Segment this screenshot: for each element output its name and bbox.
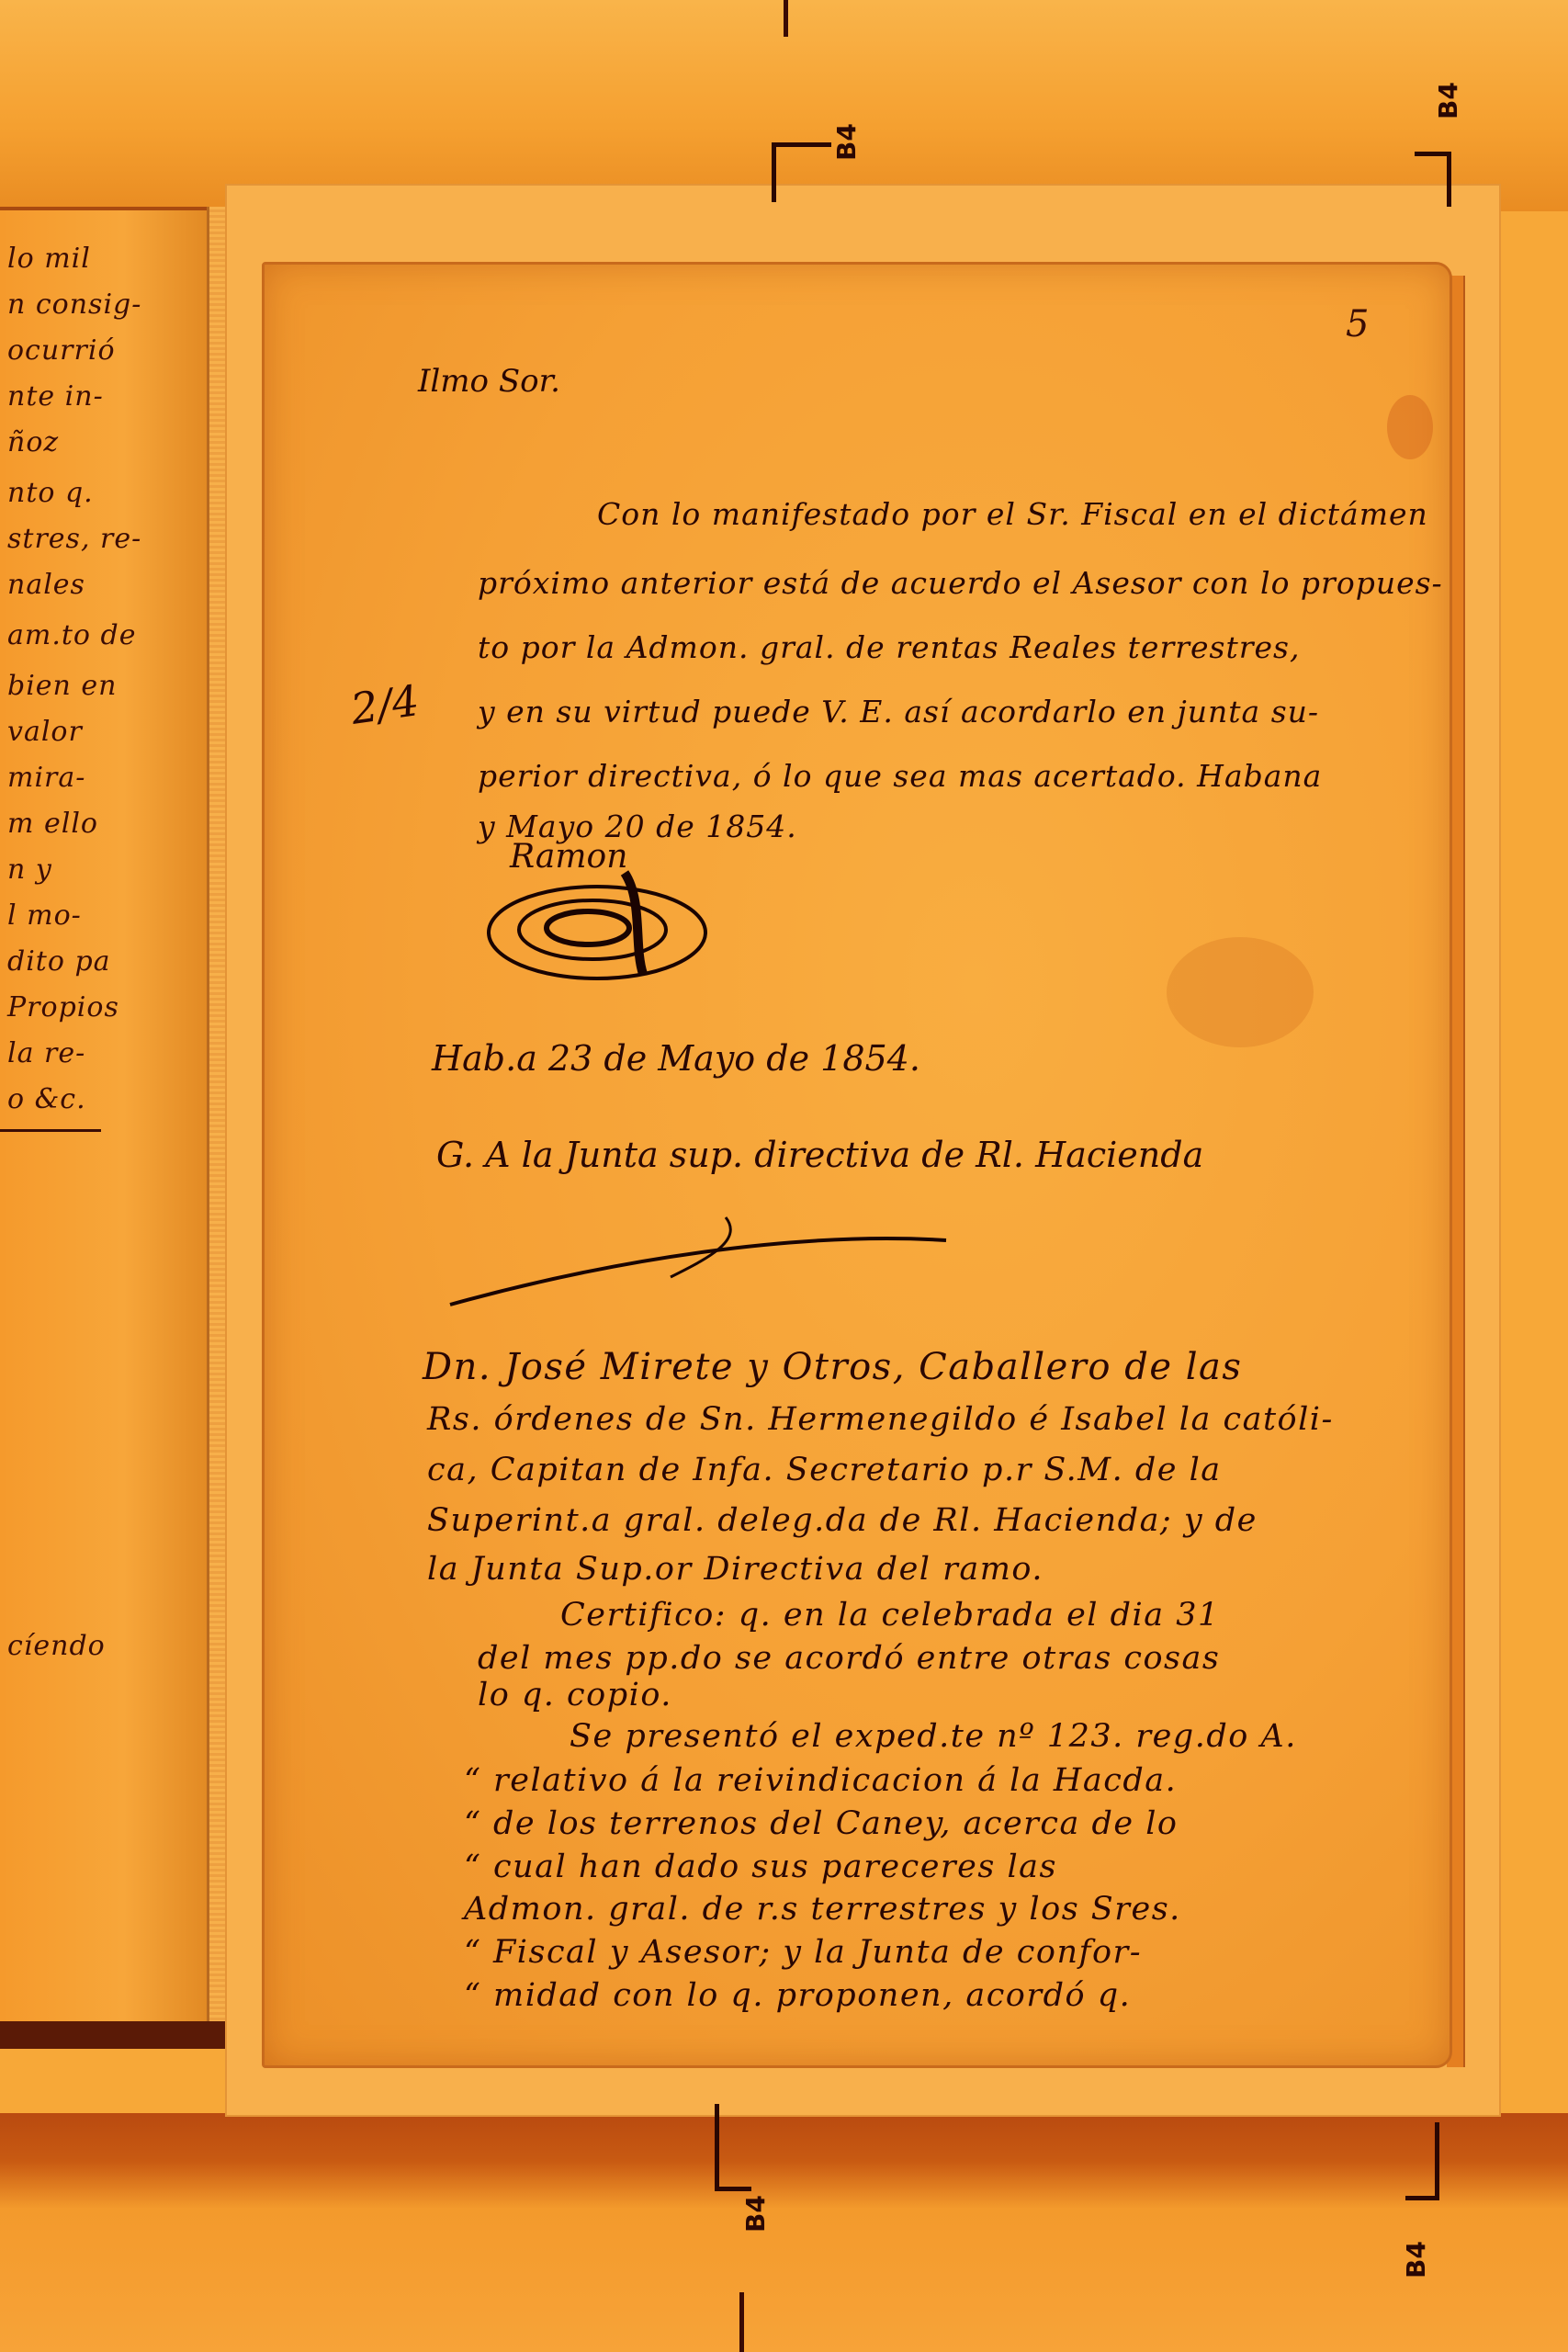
left-fragment: stres, re- [7, 523, 141, 555]
left-fragment: la re- [7, 1037, 85, 1069]
cert-line: Certifico: q. en la celebrada el dia 31 [560, 1597, 1220, 1634]
opinion-line: to por la Admon. gral. de rentas Reales … [478, 629, 1300, 665]
cert-line: “ midad con lo q. proponen, acordó q. [464, 1977, 1131, 2014]
opinion-line: Con lo manifestado por el Sr. Fiscal en … [597, 496, 1428, 532]
b4-label: B4 [831, 123, 862, 161]
registration-tick [739, 2292, 744, 2352]
cert-line: Rs. órdenes de Sn. Hermenegildo é Isabel… [427, 1401, 1334, 1438]
opinion-line: próximo anterior está de acuerdo el Ases… [478, 565, 1443, 601]
decree-flourish [432, 1204, 983, 1314]
signature-rubric [459, 864, 790, 1029]
left-fragment: n consig- [7, 288, 141, 321]
opinion-line: perior directiva, ó lo que sea mas acert… [478, 758, 1322, 794]
left-fragment: Propios [7, 991, 119, 1023]
left-fragment: m ello [7, 808, 98, 840]
cert-line: Admon. gral. de r.s terrestres y los Sre… [464, 1891, 1181, 1928]
backdrop-shadow-band [0, 2113, 1568, 2352]
decree-text: G. A la Junta sup. directiva de Rl. Haci… [436, 1135, 1203, 1175]
stain [1167, 937, 1314, 1047]
b4-label: B4 [740, 2195, 771, 2233]
margin-note: 2/4 [348, 675, 423, 734]
registration-tick [784, 0, 788, 37]
salutation: Ilmo Sor. [418, 363, 560, 400]
left-facing-page: lo mil n consig- ocurrió nte in- ñoz nto… [0, 207, 207, 2039]
left-fragment: n y [7, 854, 52, 886]
left-fragment: bien en [7, 670, 118, 702]
cert-line: “ relativo á la reivindicacion á la Hacd… [464, 1762, 1177, 1799]
left-fragment: l mo- [7, 899, 82, 932]
b4-label: B4 [1433, 82, 1463, 119]
left-rule [0, 1129, 101, 1132]
left-fragment: o &c. [7, 1083, 86, 1115]
crop-bracket-icon [772, 142, 831, 202]
left-fragment: ñoz [7, 426, 59, 458]
cert-line: Superint.a gral. deleg.da de Rl. Haciend… [427, 1502, 1258, 1539]
cert-line: “ Fiscal y Asesor; y la Junta de confor- [464, 1934, 1142, 1971]
left-fragment: mira- [7, 762, 85, 794]
b4-label: B4 [1401, 2241, 1431, 2278]
cert-line: “ cual han dado sus pareceres las [464, 1849, 1057, 1885]
cert-line: Se presentó el exped.te nº 123. reg.do A… [570, 1718, 1297, 1755]
stain [1387, 395, 1433, 459]
cert-line: lo q. copio. [478, 1677, 672, 1713]
left-fragment: cíendo [7, 1630, 106, 1662]
cert-line: del mes pp.do se acordó entre otras cosa… [478, 1640, 1220, 1677]
left-fragment: dito pa [7, 945, 111, 978]
crop-bracket-icon [1405, 2122, 1439, 2200]
crop-bracket-icon [1415, 152, 1451, 207]
opinion-line: y en su virtud puede V. E. así acordarlo… [478, 694, 1319, 729]
crop-bracket-icon [715, 2104, 751, 2191]
left-fragment: valor [7, 716, 83, 748]
cert-line: “ de los terrenos del Caney, acerca de l… [464, 1805, 1179, 1842]
decree-date: Hab.a 23 de Mayo de 1854. [432, 1038, 920, 1079]
folio-number: 5 [1346, 303, 1369, 345]
cert-line: la Junta Sup.or Directiva del ramo. [427, 1551, 1043, 1588]
cert-line: ca, Capitan de Infa. Secretario p.r S.M.… [427, 1452, 1222, 1488]
left-fragment: lo mil [7, 243, 91, 275]
left-fragment: nto q. [7, 477, 94, 509]
left-fragment: nales [7, 569, 85, 601]
left-fragment: ocurrió [7, 334, 116, 367]
cert-line: Dn. José Mirete y Otros, Caballero de la… [423, 1346, 1242, 1388]
left-fragment: am.to de [7, 619, 136, 651]
left-fragment: nte in- [7, 380, 104, 413]
